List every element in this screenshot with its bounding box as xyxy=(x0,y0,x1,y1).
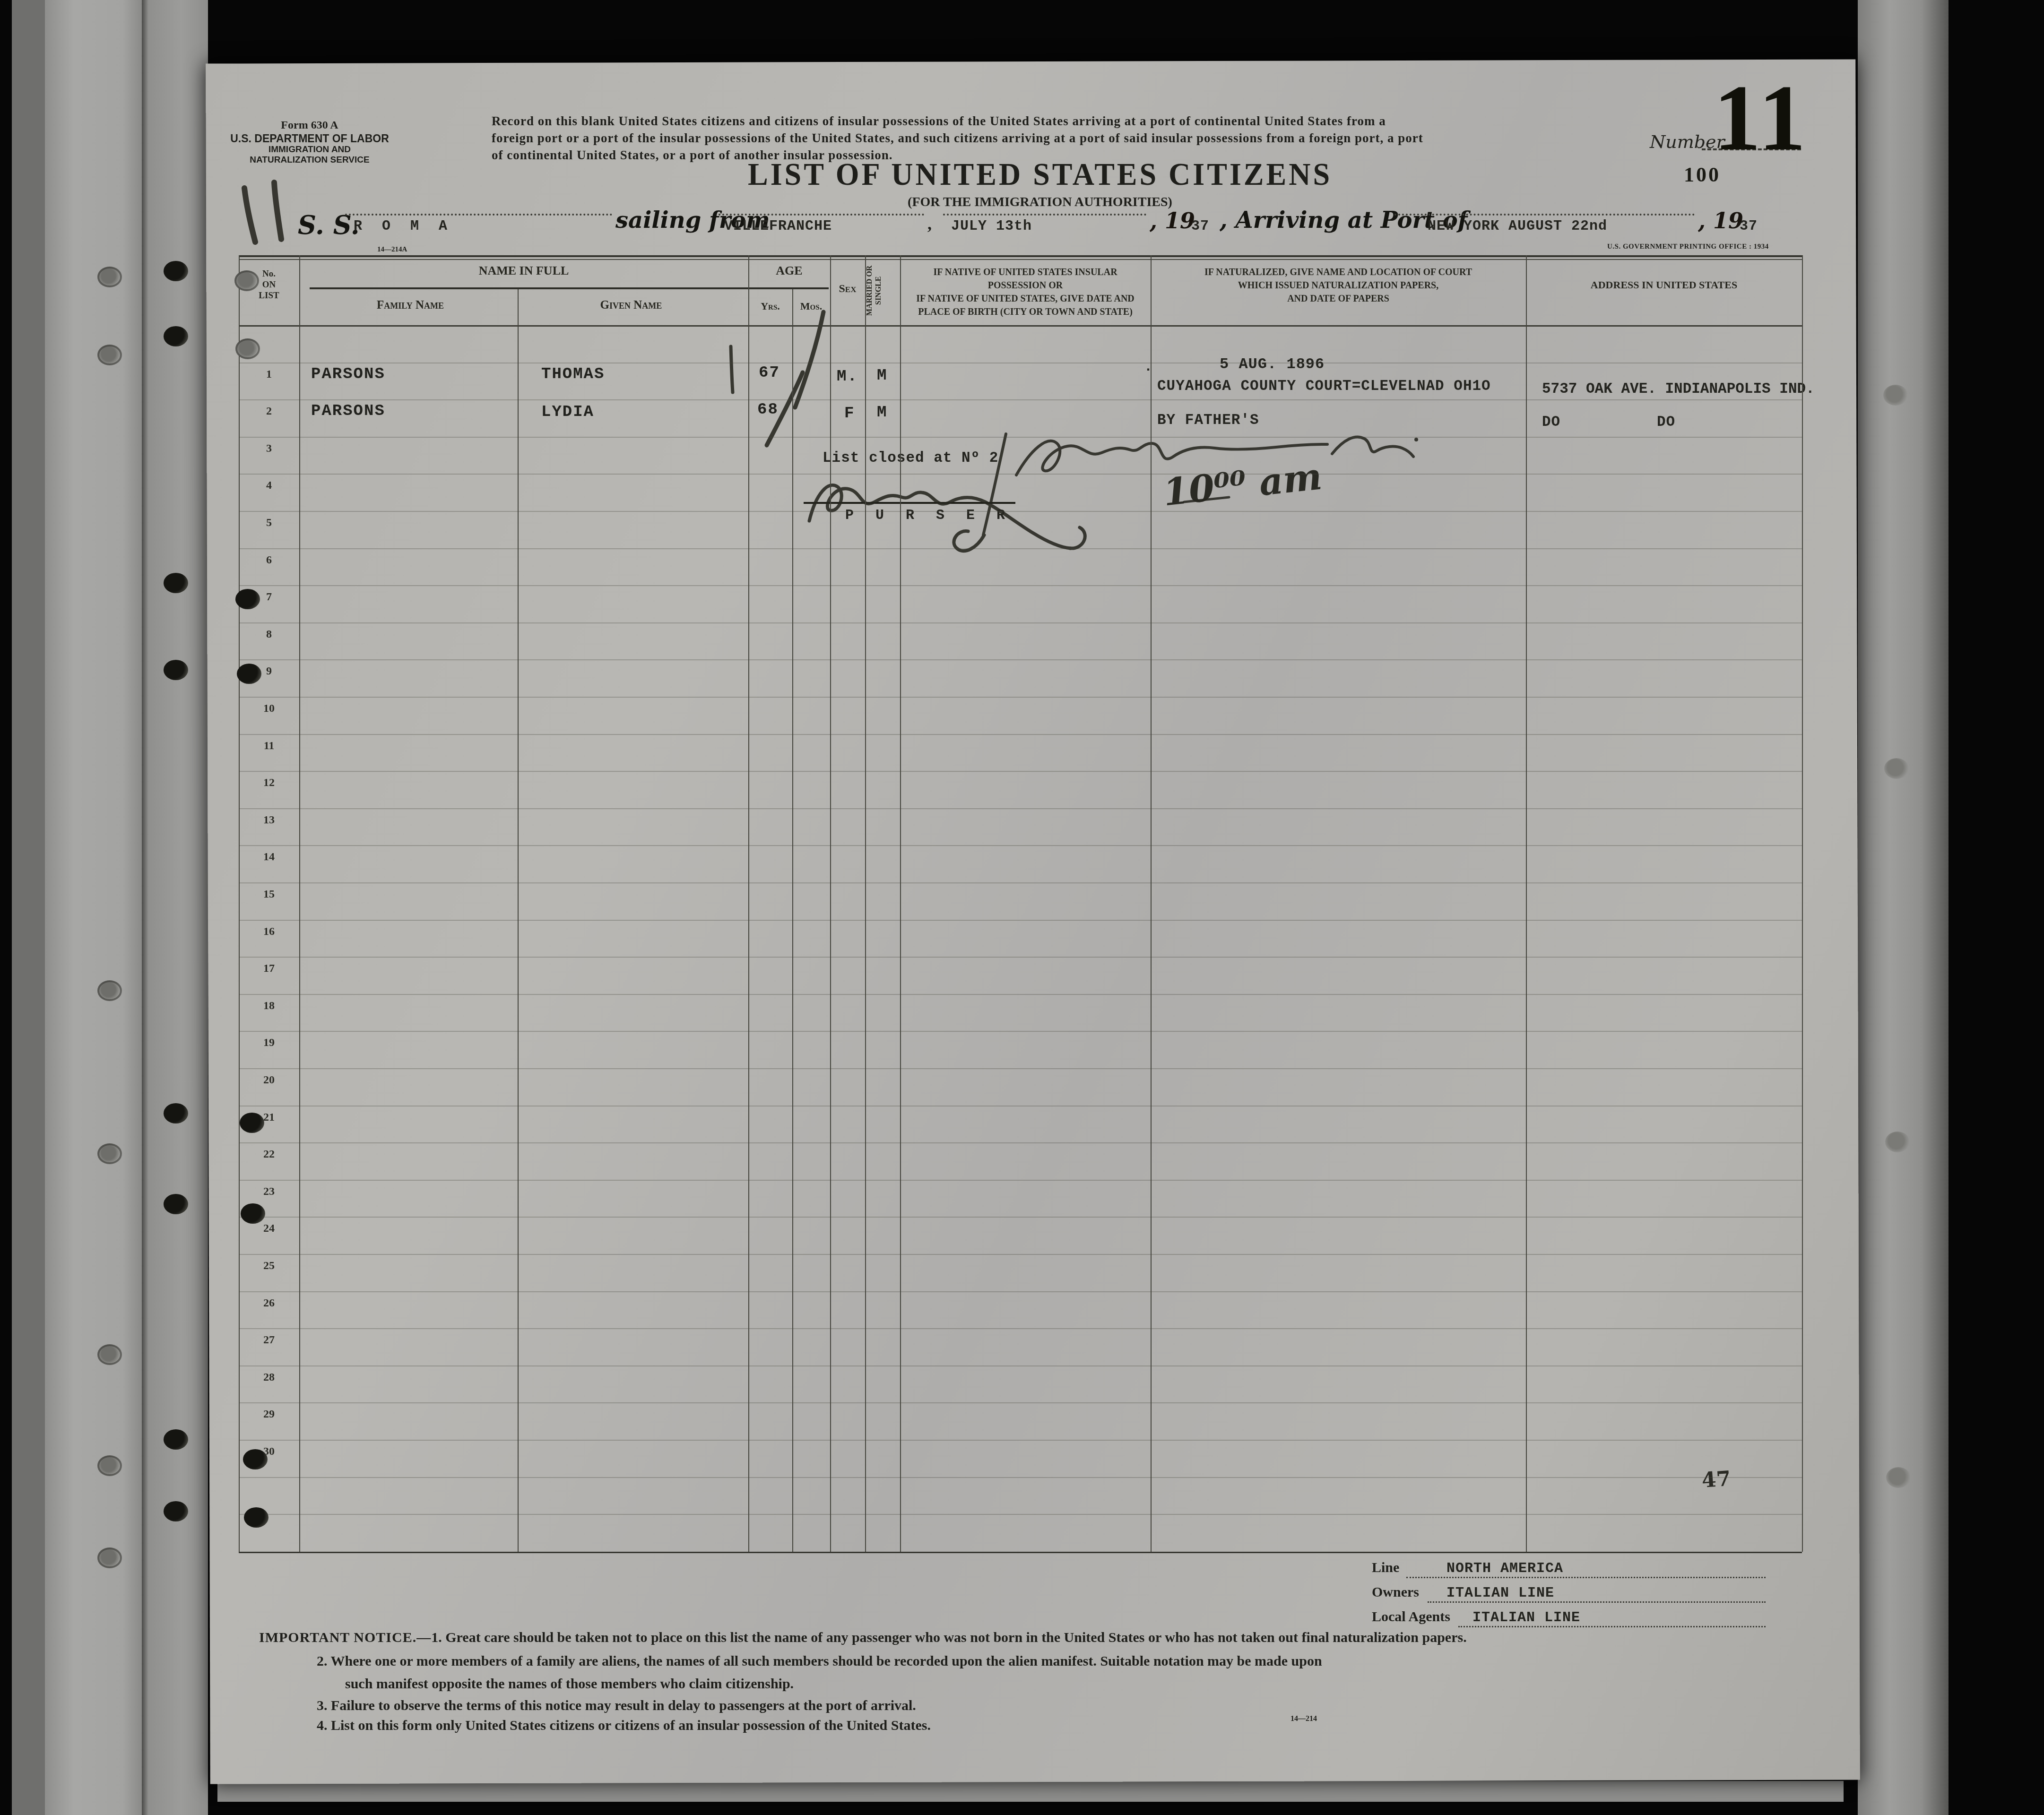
notice-item-4-num: 4. xyxy=(317,1718,328,1733)
notice-item-3-num: 3. xyxy=(317,1698,328,1713)
table-row-line xyxy=(239,585,1802,586)
passenger-1-naturalization-date: 5 AUG. 1896 xyxy=(1220,355,1325,373)
notice-item-2-text: Where one or more members of a family ar… xyxy=(330,1653,1322,1669)
arrival-year-printed: , 19 xyxy=(1698,208,1743,233)
departure-date-rule xyxy=(943,214,1146,216)
passenger-1-age-years: 67 xyxy=(759,364,780,382)
passenger-1-address: 5737 OAK AVE. INDIANAPOLIS IND. xyxy=(1542,381,1815,398)
punch-hole xyxy=(164,1103,188,1124)
col-header-mos: Mos. xyxy=(792,300,830,312)
notice-item-1-text: Great care should be taken not to place … xyxy=(445,1630,1466,1645)
purser-signature-rule xyxy=(804,502,1015,504)
owners-label: Owners xyxy=(1372,1584,1419,1600)
notice-item-4: 4. List on this form only United States … xyxy=(317,1718,1782,1734)
table-row-line xyxy=(239,1106,1802,1106)
punch-hole xyxy=(244,1507,268,1528)
table-row-line xyxy=(239,511,1802,512)
row-number: 15 xyxy=(239,888,299,901)
punch-hole xyxy=(97,1143,122,1164)
punch-hole xyxy=(97,1455,122,1476)
notice-item-3: 3. Failure to observe the terms of this … xyxy=(317,1698,1782,1714)
notice-item-2b: such manifest opposite the names of thos… xyxy=(345,1676,1810,1692)
departure-port-rule xyxy=(719,214,924,216)
table-row-line xyxy=(239,845,1802,846)
department-name: U.S. DEPARTMENT OF LABOR xyxy=(208,132,411,145)
row-number: 14 xyxy=(239,851,299,864)
row-number: 29 xyxy=(239,1408,299,1421)
departure-year-printed: , 19 xyxy=(1150,208,1195,233)
passenger-2-age-years: 68 xyxy=(757,401,779,419)
notice-item-4-text: List on this form only United States cit… xyxy=(331,1718,931,1733)
table-column-line xyxy=(1151,255,1152,1552)
row-number: 24 xyxy=(239,1222,299,1235)
comma-separator: , xyxy=(927,214,932,233)
col-header-family-name: Family Name xyxy=(309,299,512,312)
table-row-line xyxy=(239,1217,1802,1218)
table-row-line xyxy=(239,1514,1802,1515)
table-row-line xyxy=(239,808,1802,809)
row-number: 25 xyxy=(239,1260,299,1272)
ss-form-code: 14—214A xyxy=(377,246,407,254)
table-column-line xyxy=(1802,255,1803,1552)
row-number: 26 xyxy=(239,1297,299,1310)
punch-hole xyxy=(1885,1132,1910,1152)
table-row-line xyxy=(239,1180,1802,1181)
punch-hole xyxy=(97,1344,122,1365)
passenger-1-family-name: PARSONS xyxy=(311,365,385,383)
passenger-1-stray-mark: . xyxy=(1144,359,1153,375)
passenger-2-married-single: M xyxy=(877,404,887,422)
table-row-line xyxy=(239,474,1802,475)
punch-hole xyxy=(241,1203,265,1224)
col-header-yrs: Yrs. xyxy=(748,300,792,312)
form-number: Form 630 A xyxy=(222,119,397,132)
table-row-line xyxy=(239,399,1802,400)
table-row-line xyxy=(239,994,1802,995)
line-rule xyxy=(1406,1577,1766,1578)
punch-hole xyxy=(1884,758,1909,779)
ship-name: R O M A xyxy=(354,218,453,234)
stacked-page-edge-far-left xyxy=(12,0,45,1815)
departure-port: VILLEFRANCHE xyxy=(724,218,832,234)
footer-form-code: 14—214 xyxy=(1290,1715,1317,1723)
punch-hole xyxy=(237,664,261,684)
table-row-line xyxy=(239,1142,1802,1143)
under-page-sliver xyxy=(217,1781,1844,1802)
departure-year-typed: 37 xyxy=(1191,218,1209,234)
col-header-given-name: Given Name xyxy=(522,299,740,312)
passenger-2-address-repeat: DO xyxy=(1657,414,1675,431)
punch-hole xyxy=(164,326,188,346)
table-column-line xyxy=(1526,255,1527,1552)
table-row-line xyxy=(239,1254,1802,1255)
punch-hole xyxy=(243,1449,268,1469)
passenger-2-family-name: PARSONS xyxy=(311,402,385,420)
punch-hole xyxy=(97,345,122,365)
passenger-2-address: DO xyxy=(1542,414,1560,431)
punch-hole xyxy=(1883,385,1908,406)
local-agents-rule xyxy=(1458,1626,1766,1627)
table-row-line xyxy=(239,622,1802,623)
table-row-line xyxy=(239,920,1802,921)
printing-office-note: U.S. GOVERNMENT PRINTING OFFICE : 1934 xyxy=(1607,243,1769,251)
punch-hole xyxy=(164,660,188,680)
table-row-line xyxy=(239,1291,1802,1292)
row-number: 8 xyxy=(239,628,299,641)
list-closed-note: List closed at Nº 2 xyxy=(823,450,998,467)
table-row-line xyxy=(239,1477,1802,1478)
punch-hole xyxy=(164,261,188,281)
col-header-age: AGE xyxy=(748,264,830,278)
table-row-line xyxy=(239,771,1802,772)
table-row-line xyxy=(239,957,1802,958)
table-top-rule-2 xyxy=(239,259,1802,260)
row-number: 20 xyxy=(239,1074,299,1087)
passenger-2-given-name: LYDIA xyxy=(541,403,594,421)
punch-hole xyxy=(164,1194,188,1214)
notice-item-2-num: 2. xyxy=(317,1653,328,1669)
owners-rule xyxy=(1428,1601,1766,1603)
col-header-name-in-full: NAME IN FULL xyxy=(299,264,748,278)
table-row-line xyxy=(239,1068,1802,1069)
row-number: 19 xyxy=(239,1037,299,1049)
row-number: 23 xyxy=(239,1185,299,1198)
table-top-rule xyxy=(239,255,1802,257)
sheet-number-stamp: 11 xyxy=(1714,76,1809,161)
col-header-address: ADDRESS IN UNITED STATES xyxy=(1526,279,1802,291)
col-header-sex: Sex xyxy=(830,283,865,295)
table-row-line xyxy=(239,437,1802,438)
punch-hole xyxy=(97,267,122,287)
table-row-line xyxy=(239,734,1802,735)
punch-hole xyxy=(240,1113,264,1133)
table-header-bottom-rule xyxy=(239,325,1802,327)
table-column-line xyxy=(748,255,749,1552)
line-label: Line xyxy=(1372,1560,1399,1576)
handwritten-page-check: 47 xyxy=(1701,1467,1732,1493)
manifest-number: 100 xyxy=(1684,163,1721,187)
departure-date: JULY 13th xyxy=(951,218,1032,234)
notice-item-2: 2. Where one or more members of a family… xyxy=(317,1653,1782,1669)
table-row-line xyxy=(239,1328,1802,1329)
row-number: 12 xyxy=(239,777,299,789)
table-row-line xyxy=(239,1402,1802,1403)
notice-item-3-text: Failure to observe the terms of this not… xyxy=(331,1698,916,1713)
table-row-line xyxy=(239,548,1802,549)
table-bottom-rule xyxy=(239,1552,1802,1553)
row-number: 6 xyxy=(239,554,299,567)
arrival-year-typed: 37 xyxy=(1740,218,1758,234)
punch-hole xyxy=(164,573,188,593)
col-header-birth: IF NATIVE OF UNITED STATES INSULAR POSSE… xyxy=(905,266,1146,319)
table-row-line xyxy=(239,1366,1802,1366)
bureau-name-line1: IMMIGRATION AND xyxy=(208,145,411,155)
ship-name-rule xyxy=(345,214,612,216)
passenger-1-sex: M. xyxy=(837,368,858,386)
bureau-name-line2: NATURALIZATION SERVICE xyxy=(208,155,411,165)
arrival-port-rule xyxy=(1394,214,1695,216)
table-row-line xyxy=(239,1440,1802,1441)
row-number: 5 xyxy=(239,517,299,529)
table-column-line xyxy=(900,255,901,1552)
name-age-underline xyxy=(310,287,829,289)
stacked-page-edge-right xyxy=(1858,0,1949,1815)
punch-hole xyxy=(97,980,122,1001)
table-row-line xyxy=(239,363,1802,363)
owners-value: ITALIAN LINE xyxy=(1446,1585,1554,1601)
passenger-2-sex: F xyxy=(844,405,855,423)
row-number: 4 xyxy=(239,479,299,492)
punch-hole xyxy=(235,338,260,359)
important-notice: IMPORTANT NOTICE.—1. Great care should b… xyxy=(259,1630,1781,1646)
row-number: 17 xyxy=(239,962,299,975)
notice-label: IMPORTANT NOTICE.— xyxy=(259,1630,431,1645)
row-number: 22 xyxy=(239,1148,299,1161)
notice-item-1-num: 1. xyxy=(431,1630,442,1645)
manifest-photograph: Form 630 A U.S. DEPARTMENT OF LABOR IMMI… xyxy=(0,0,2044,1815)
row-number: 16 xyxy=(239,925,299,938)
row-number: 18 xyxy=(239,1000,299,1012)
row-number: 2 xyxy=(239,405,299,418)
passenger-1-married-single: M xyxy=(877,367,887,385)
table-row-line xyxy=(239,1031,1802,1032)
table-column-line xyxy=(299,255,300,1552)
row-number: 10 xyxy=(239,702,299,715)
row-number: 28 xyxy=(239,1371,299,1384)
table-row-line xyxy=(239,697,1802,698)
table-column-line xyxy=(830,255,831,1552)
table-row-line xyxy=(239,882,1802,883)
punch-hole xyxy=(97,1547,122,1568)
row-number: 1 xyxy=(239,368,299,381)
passenger-1-given-name: THOMAS xyxy=(541,365,605,383)
col-header-married-single: MARRIED OR SINGLE xyxy=(865,259,900,324)
punch-hole xyxy=(234,270,259,291)
passenger-2-naturalization-court: BY FATHER'S xyxy=(1157,412,1259,429)
punch-hole xyxy=(1886,1467,1911,1488)
row-number: 13 xyxy=(239,814,299,827)
page-title: LIST OF UNITED STATES CITIZENS xyxy=(492,156,1588,193)
arrival-port: NEW YORK AUGUST 22nd xyxy=(1428,218,1607,234)
line-value: NORTH AMERICA xyxy=(1446,1561,1563,1577)
punch-hole xyxy=(235,589,260,609)
row-number: 11 xyxy=(239,740,299,752)
local-agents-value: ITALIAN LINE xyxy=(1472,1610,1580,1626)
purser-label: P U R S E R xyxy=(845,508,1012,524)
stacked-page-edge-left xyxy=(45,0,142,1815)
table-row-line xyxy=(239,659,1802,660)
table-column-line xyxy=(865,255,866,1552)
punch-hole xyxy=(164,1429,188,1450)
row-number: 27 xyxy=(239,1334,299,1347)
punch-hole xyxy=(164,1501,188,1521)
passenger-1-naturalization-court: CUYAHOGA COUNTY COURT=CLEVELNAD OH1O xyxy=(1157,378,1491,395)
row-number: 3 xyxy=(239,442,299,455)
local-agents-label: Local Agents xyxy=(1372,1609,1450,1625)
col-header-naturalization: IF NATURALIZED, GIVE NAME AND LOCATION O… xyxy=(1155,266,1521,305)
